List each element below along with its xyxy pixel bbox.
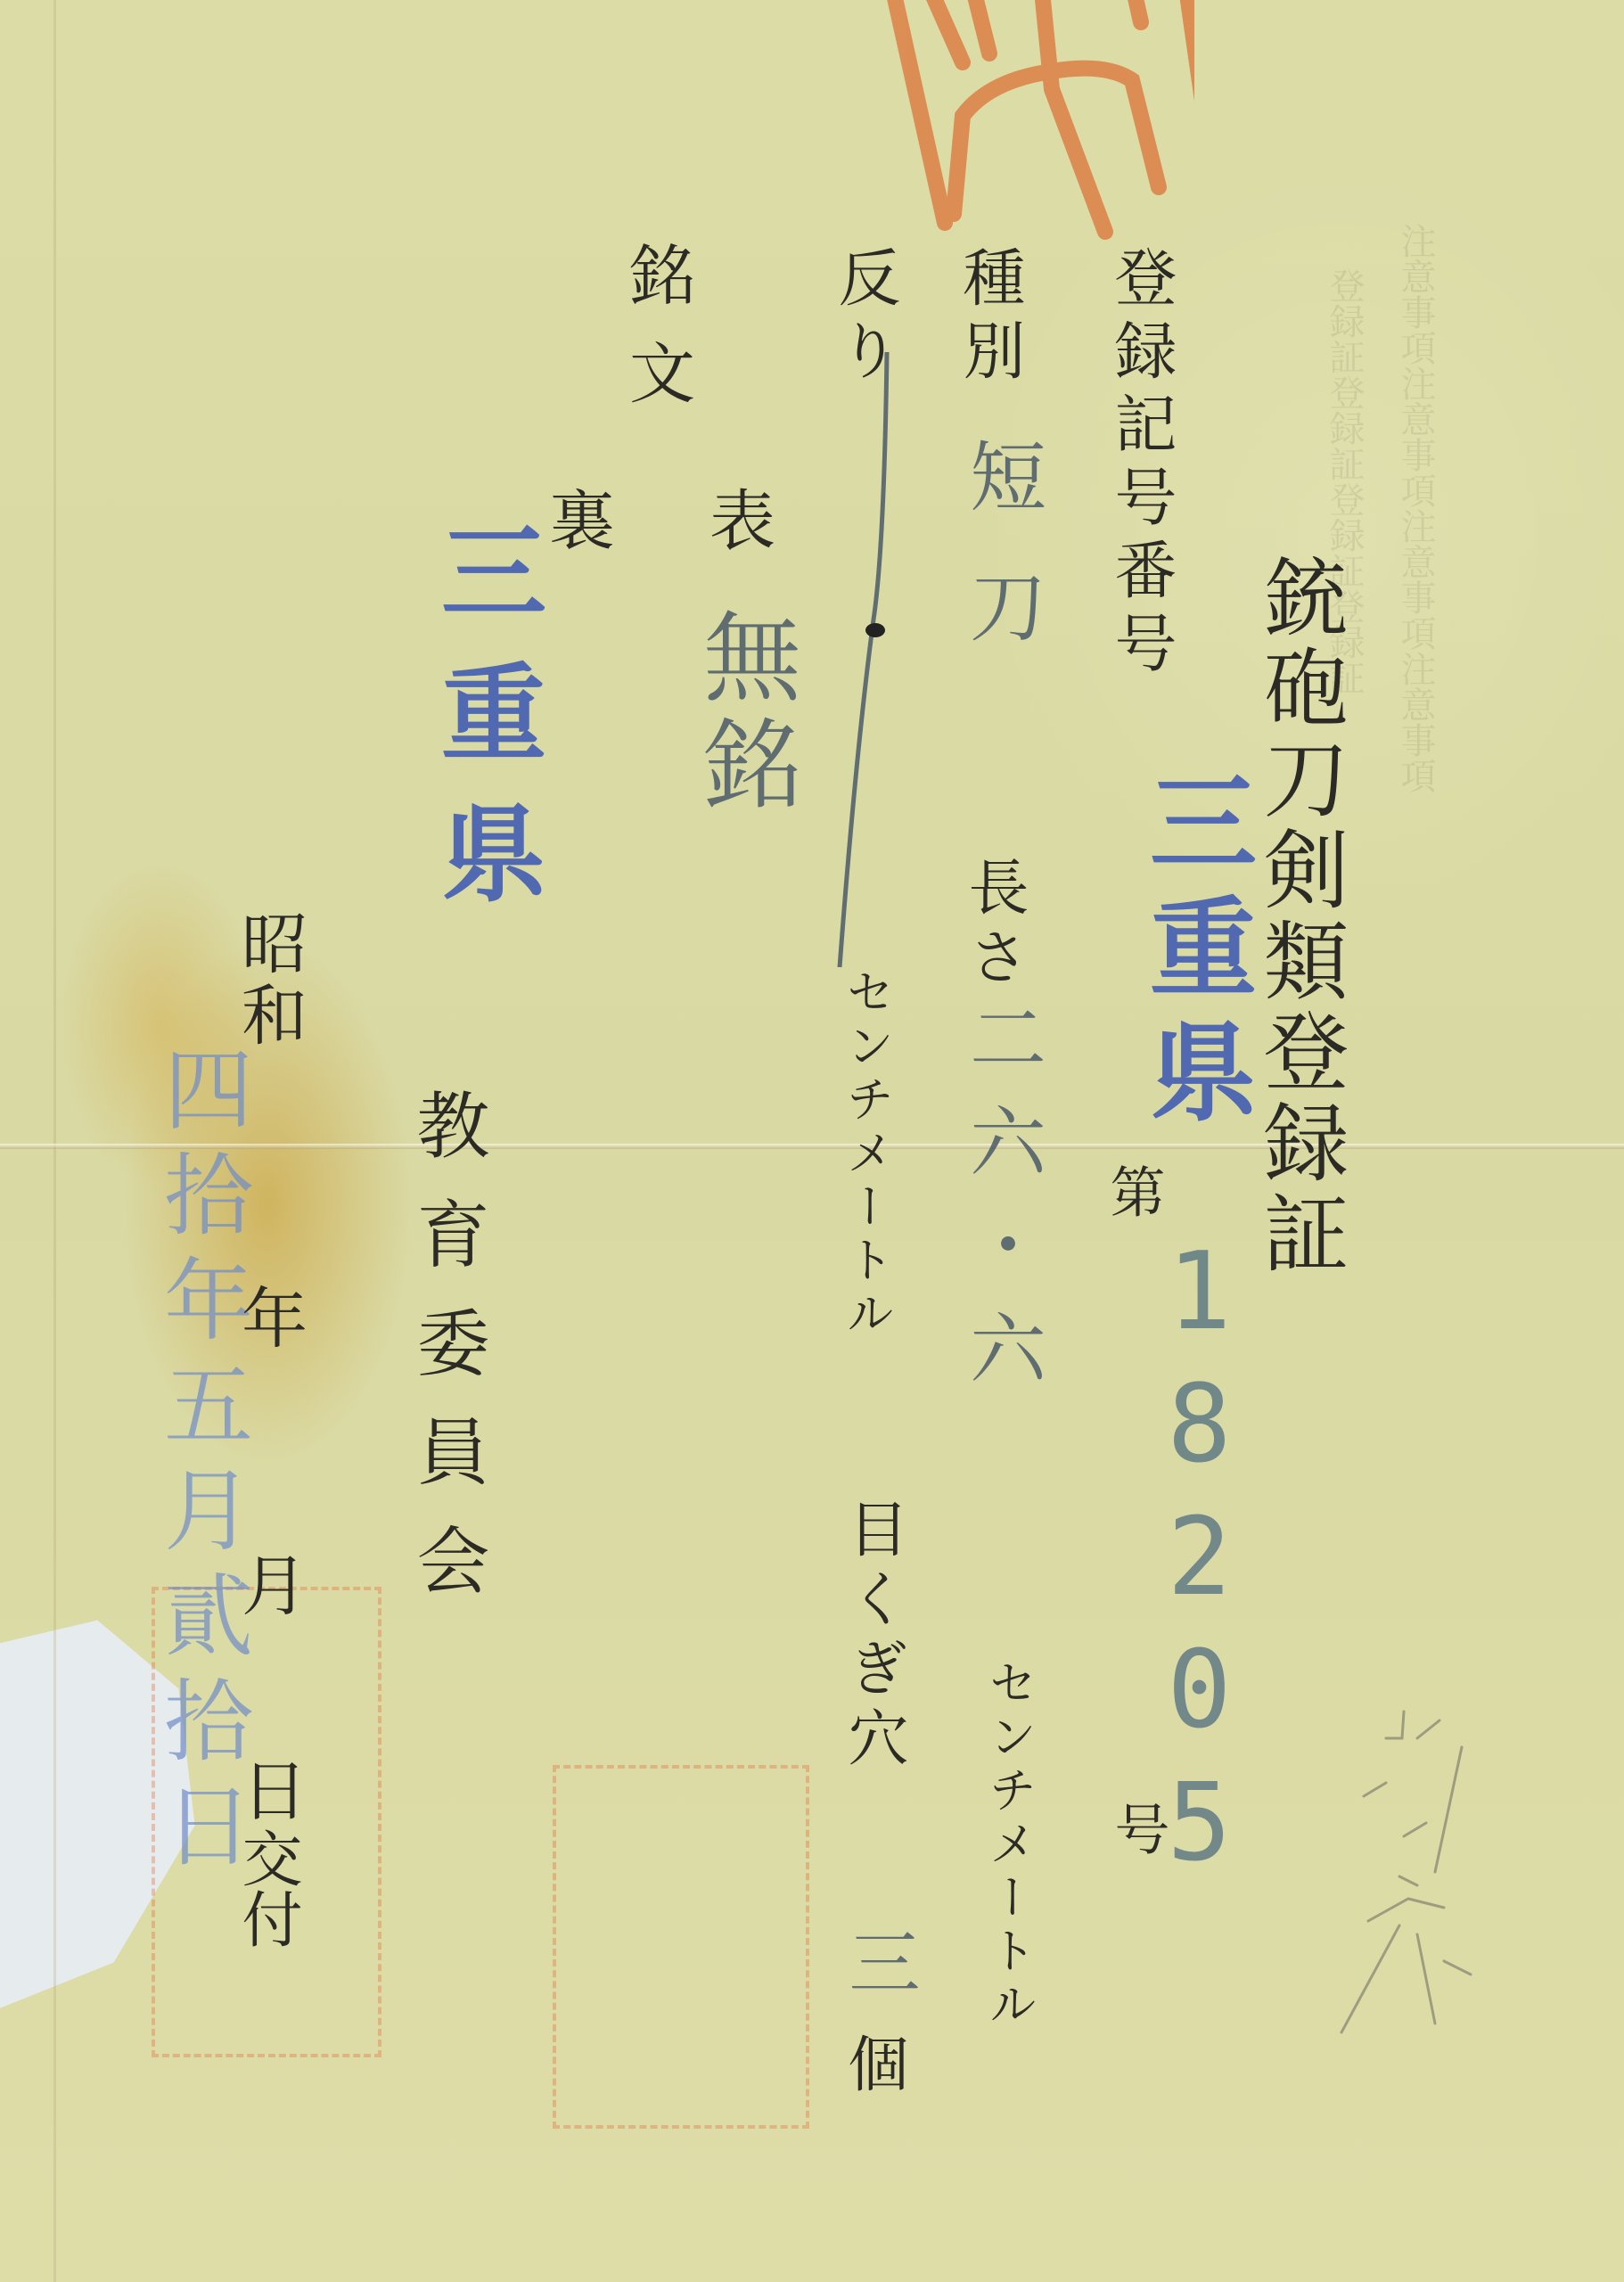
length-value: 二六・六: [963, 998, 1039, 1412]
date-issued-label: 交付: [236, 1827, 297, 1949]
date-month-label: 月: [236, 1551, 302, 1617]
inscription-front-label: 表: [704, 486, 770, 552]
date-year-label: 年: [236, 1284, 302, 1350]
issuer-name: 教育委員会: [410, 1088, 483, 1631]
length-unit: センチメートル: [985, 1658, 1033, 2032]
inscription-label: 銘文: [624, 241, 690, 437]
registration-number: 18205: [1145, 1230, 1252, 1894]
red-seal-top: [838, 0, 1194, 241]
registration-suffix: 号: [1110, 1801, 1165, 1856]
kind-value: 短刀: [963, 437, 1039, 697]
ghost-reverse-text: 注意事項注意事項注意事項注意事項: [1390, 223, 1440, 1025]
pencil-note-mark: [1319, 1667, 1497, 2041]
inscription-front-value: 無銘: [695, 606, 793, 820]
inscription-back-label: 裏: [544, 486, 610, 552]
issuer-prefecture-stamp: 三重県: [432, 517, 537, 940]
kind-label: 種別: [958, 245, 1021, 391]
mekugi-label: 目くぎ穴: [842, 1498, 903, 1776]
curvature-line-mark: [820, 352, 909, 967]
red-seal-issuer: [553, 1765, 809, 2129]
length-label: 長さ: [963, 856, 1023, 995]
vertical-fold-crease: [53, 0, 56, 2282]
mekugi-value: 三: [842, 1925, 914, 1997]
date-era-label: 昭和: [236, 909, 302, 1052]
registration-prefix: 第: [1105, 1163, 1161, 1219]
date-day-label: 日: [236, 1756, 302, 1822]
certificate-title: 銃砲刀剣類登録証: [1257, 553, 1342, 1280]
curvature-unit: センチメートル: [842, 967, 890, 1342]
registration-prefecture-stamp: 三重県: [1141, 767, 1248, 1141]
registration-label: 登録記号番号: [1110, 245, 1172, 684]
mekugi-unit: 個: [842, 2032, 903, 2093]
